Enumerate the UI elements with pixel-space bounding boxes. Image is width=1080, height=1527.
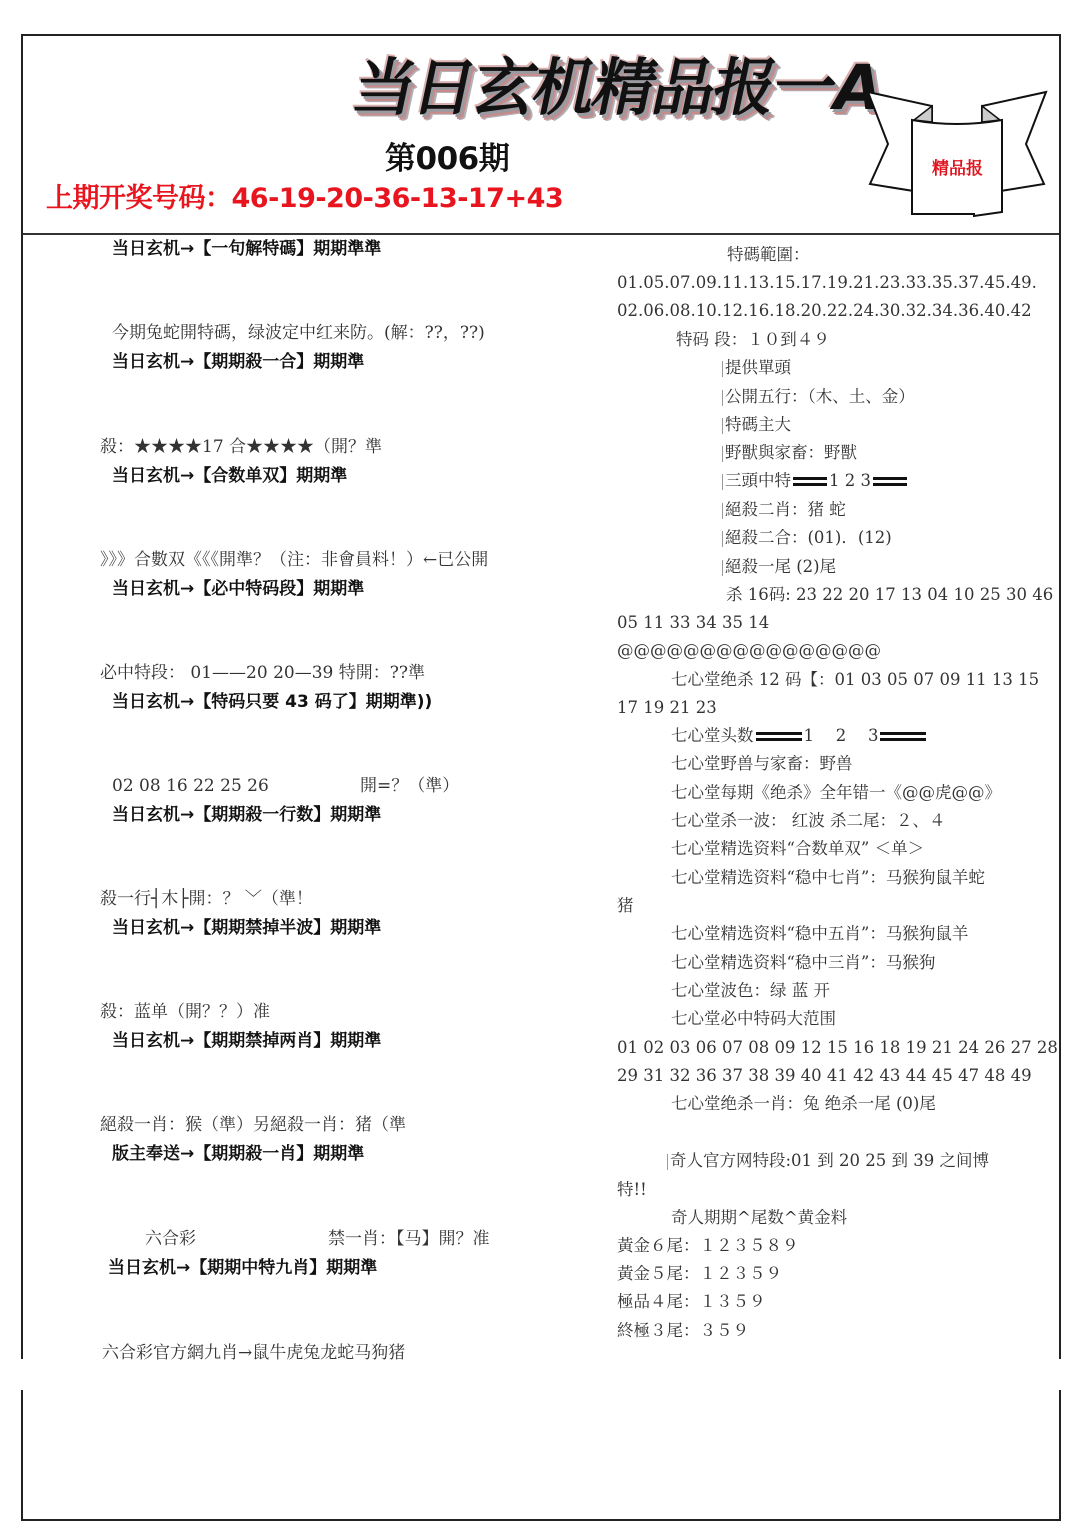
left-line: 殺：蓝单（開？？）准 [100, 1001, 270, 1023]
left-line: 当日玄机→【合数单双】期期準 [112, 465, 347, 487]
left-line: 今期兔蛇開特碼，绿波定中红来防。(解：??，??) [112, 322, 485, 344]
left-line: 当日玄机→【期期禁掉两肖】期期準 [112, 1030, 381, 1052]
left-line: 当日玄机→【期期中特九肖】期期準 [108, 1257, 377, 1279]
kill-two-sum: 絕殺二合：(01)．(12) [722, 527, 892, 549]
left-line: 開=？（準） [360, 775, 459, 797]
qxt-heads: 七心堂头数1 2 3 [671, 725, 928, 747]
left-line: 版主奉送→【期期殺一肖】期期準 [112, 1143, 364, 1165]
left-line: 絕殺一肖：猴（準）另絕殺一肖：猪（準 [100, 1114, 406, 1136]
left-line: 禁一肖：【马】開？准 [328, 1228, 490, 1250]
range-title: 特碼範圍： [727, 244, 810, 266]
left-line: 当日玄机→【期期殺一合】期期準 [112, 351, 364, 373]
left-line: 当日玄机→【期期禁掉半波】期期準 [112, 917, 381, 939]
tail-row: 黃金５尾：１２３５９ [617, 1263, 782, 1285]
qiren-title: 奇人期期^尾数^黄金料 [671, 1207, 847, 1229]
single-head: 提供單頭 [722, 357, 791, 379]
qxt-kill12: 17 19 21 23 [617, 697, 717, 719]
kill-one-tail: 絕殺一尾 (2)尾 [722, 556, 836, 578]
qxt-wild: 七心堂野兽与家畜：野兽 [671, 753, 853, 775]
at-divider: @@@@@@@@@@@@@@@@ [617, 640, 881, 662]
qxt-seven: 七心堂精选资料“稳中七肖”：马猴狗鼠羊蛇 [671, 867, 985, 889]
qxt-wave: 七心堂杀一波： 红波 杀二尾：２、４ [671, 810, 946, 832]
last-draw-numbers: 46-19-20-36-13-17+43 [232, 183, 564, 214]
range-line: 02.06.08.10.12.16.18.20.22.24.30.32.34.3… [617, 300, 1032, 322]
left-line: 六合彩 [145, 1228, 196, 1250]
qxt-seven: 猪 [617, 895, 634, 917]
qxt-three: 七心堂精选资料“稳中三肖”：马猴狗 [671, 952, 935, 974]
last-draw-results: 上期开奖号码：46-19-20-36-13-17+43 [46, 176, 563, 215]
qxt-kill-one: 七心堂绝杀一肖：兔 绝杀一尾 (0)尾 [671, 1093, 936, 1115]
left-line: 殺：★★★★17 合★★★★（開？準 [100, 436, 382, 458]
qxt-big-range: 01 02 03 06 07 08 09 12 15 16 18 19 21 2… [617, 1037, 1058, 1059]
qiren-segment: 奇人官方网特段:01 到 20 25 到 39 之间博 [667, 1150, 989, 1172]
main-big: 特碼主大 [722, 414, 791, 436]
left-line: 六合彩官方網九肖→鼠牛虎兔龙蛇马狗猪 [102, 1342, 405, 1364]
kill16-line: 05 11 33 34 35 14 [617, 612, 769, 634]
left-line: 》》》合數双《《《開準？（注：非會員料！）←已公開 [100, 549, 488, 571]
wild-domestic: 野獸與家畜：野獸 [722, 442, 857, 464]
page-border-right [1059, 34, 1061, 1359]
qxt-yearly: 七心堂每期《绝杀》全年错一《@@虎@@》 [671, 782, 1001, 804]
qiren-segment: 特!! [617, 1179, 647, 1201]
qxt-color: 七心堂波色：绿 蓝 开 [671, 980, 830, 1002]
three-heads: 三頭中特1 2 3 [722, 470, 909, 492]
tail-row: 極品４尾：１３５９ [617, 1291, 766, 1313]
page-border-right-lower [1059, 1390, 1061, 1520]
segment: 特码 段：１０到４９ [676, 329, 830, 351]
kill-two-zodiac: 絕殺二肖：猪 蛇 [722, 499, 846, 521]
qxt-big-range: 29 31 32 36 37 38 39 40 41 42 43 44 45 4… [617, 1065, 1032, 1087]
range-line: 01.05.07.09.11.13.15.17.19.21.23.33.35.3… [617, 272, 1037, 294]
last-draw-label: 上期开奖号码： [46, 183, 232, 214]
page-border-bottom [21, 1519, 1061, 1521]
five-elements: 公開五行：（木、土、金） [722, 386, 915, 408]
tail-row: 黃金６尾：１２３５８９ [617, 1235, 799, 1257]
left-line: 殺一行┤木├開：？ ﹀（準！ [100, 888, 313, 910]
left-line: 当日玄机→【一句解特碼】期期準準 [112, 238, 381, 260]
page-border-left-lower [21, 1390, 23, 1520]
banner-label: 精品报 [932, 154, 983, 179]
left-line: 必中特段： 01——20 20—39 特開：??準 [100, 662, 425, 684]
left-line: 当日玄机→【特码只要 43 码了】期期準)) [112, 691, 432, 713]
qxt-big-range-title: 七心堂必中特码大范围 [671, 1008, 836, 1030]
left-line: 02 08 16 22 25 26 [112, 775, 269, 797]
left-line: 当日玄机→【期期殺一行数】期期準 [112, 804, 381, 826]
qxt-odd-even: 七心堂精选资料“合数单双” ＜单＞ [671, 838, 924, 860]
header-divider [23, 233, 1059, 235]
qxt-five: 七心堂精选资料“稳中五肖”：马猴狗鼠羊 [671, 923, 968, 945]
masthead-title: 当日玄机精品报一A [346, 38, 891, 127]
left-line: 当日玄机→【必中特码段】期期準 [112, 578, 364, 600]
kill16-line: 杀 16码: 23 22 20 17 13 04 10 25 30 46 [726, 584, 1053, 606]
issue-number: 第006期 [385, 133, 509, 178]
page-border-top [21, 34, 1061, 36]
qxt-kill12: 七心堂绝杀 12 码【：01 03 05 07 09 11 13 15 [671, 669, 1039, 691]
tail-row: 終極３尾：３５９ [617, 1320, 749, 1342]
